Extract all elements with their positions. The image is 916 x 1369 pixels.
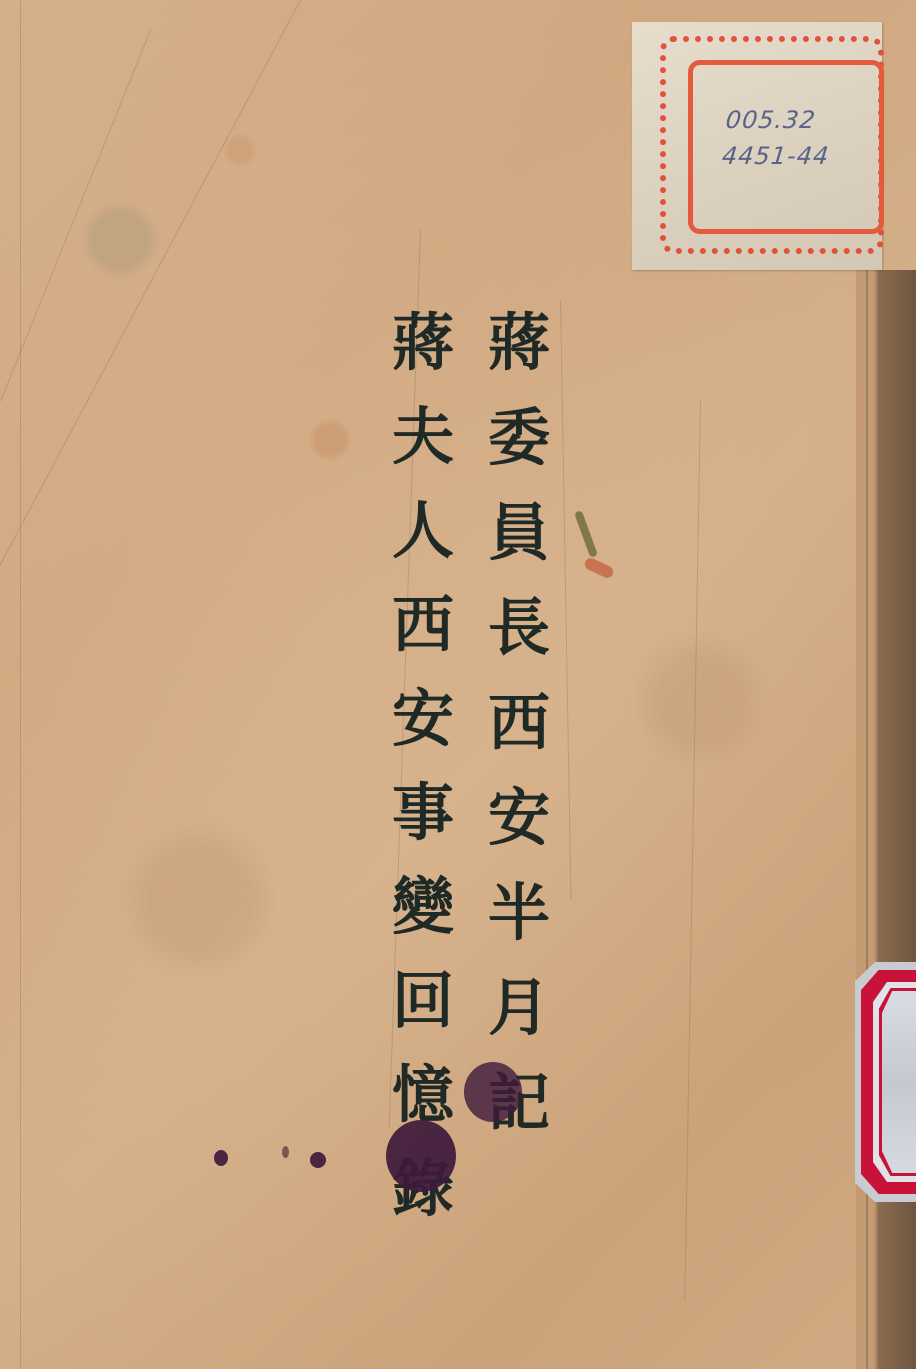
spine-edge (856, 270, 916, 1369)
ink-spot (214, 1150, 228, 1166)
title-char: 西 (488, 692, 550, 787)
title-char: 長 (488, 597, 550, 692)
title-char: 蔣 (392, 312, 454, 406)
title-char: 人 (392, 500, 454, 594)
title-char: 夫 (392, 406, 454, 500)
title-char: 西 (392, 594, 454, 688)
paper-crease (20, 0, 21, 1369)
title-char: 回 (392, 970, 454, 1064)
paper-crease (560, 300, 571, 900)
call-number-label: 005.32 4451-44 (632, 22, 882, 270)
title-char: 安 (488, 787, 550, 882)
title-char: 員 (488, 502, 550, 597)
ink-blot (386, 1120, 456, 1192)
title-char: 安 (392, 688, 454, 782)
call-number: 005.32 4451-44 (720, 102, 835, 174)
title-char: 半 (488, 882, 550, 977)
cover-edge-line (866, 270, 868, 1369)
stain-mark (574, 510, 598, 558)
label-face (882, 991, 916, 1173)
call-number-line-2: 4451-44 (720, 138, 831, 174)
ink-spot (282, 1146, 289, 1158)
call-number-line-1: 005.32 (724, 102, 835, 138)
ink-blot (464, 1062, 522, 1122)
title-right-column: 蔣 委 員 長 西 安 半 月 記 (488, 312, 550, 1167)
title-char: 蔣 (488, 312, 550, 407)
book-cover: 005.32 4451-44 蔣 委 員 長 西 安 半 月 記 蔣 夫 人 西… (0, 0, 916, 1369)
title-char: 委 (488, 407, 550, 502)
stain-mark (583, 556, 615, 580)
title-char: 月 (488, 977, 550, 1072)
ink-spot (310, 1152, 326, 1168)
paper-crease (0, 0, 301, 619)
title-left-column: 蔣 夫 人 西 安 事 變 回 憶 錄 (392, 312, 454, 1252)
side-library-label (855, 962, 916, 1202)
title-char: 變 (392, 876, 454, 970)
paper-crease (684, 400, 701, 1300)
paper-crease (0, 30, 151, 401)
title-char: 事 (392, 782, 454, 876)
